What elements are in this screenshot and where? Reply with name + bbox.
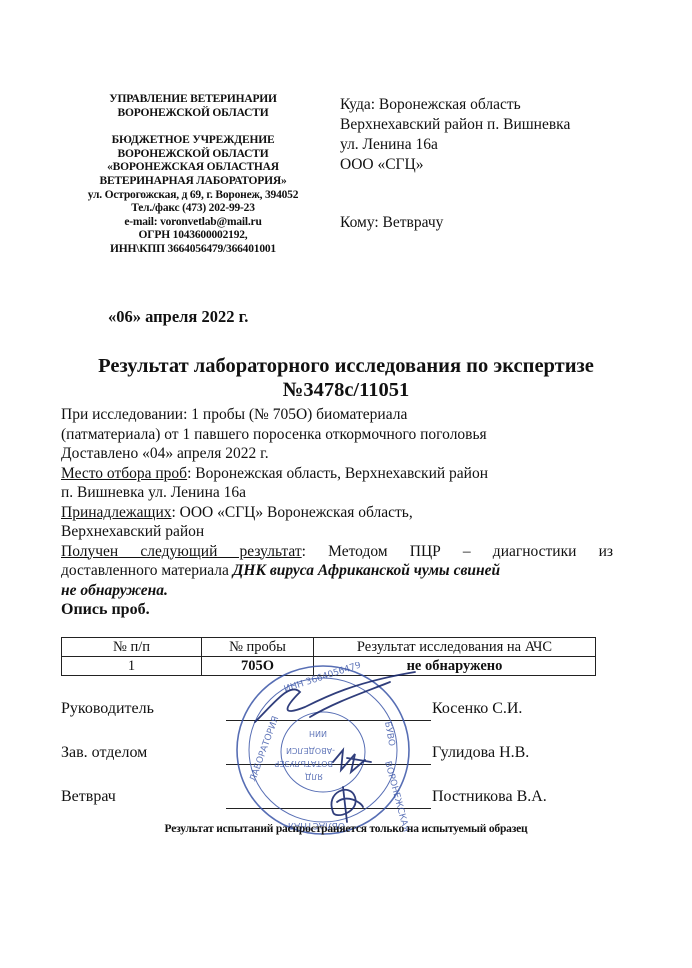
cell-index: 1 <box>62 657 202 676</box>
title-line-1: Результат лабораторного исследования по … <box>20 354 672 378</box>
signature-line <box>226 808 431 809</box>
place-line-2: п. Вишневка ул. Ленина 16а <box>61 483 613 503</box>
result-bold-1: ДНК вируса Африканской чумы свиней <box>233 562 500 579</box>
document-date: «06» апреля 2022 г. <box>108 307 248 327</box>
samples-title: Опись проб. <box>61 600 613 620</box>
owner-line-2: Верхнехавский район <box>61 522 613 542</box>
org-line-4: ВЕТЕРИНАРНАЯ ЛАБОРАТОРИЯ» <box>52 175 334 189</box>
title-line-2: №3478с/11051 <box>20 378 672 402</box>
document-body: При исследовании: 1 пробы (№ 705О) биома… <box>61 405 613 620</box>
cell-result: не обнаружено <box>314 657 596 676</box>
recipient-line-4: ООО «СГЦ» <box>340 155 570 175</box>
signature-line <box>226 720 431 721</box>
header-sample-number: № пробы <box>202 638 314 657</box>
org-line-1: БЮДЖЕТНОЕ УЧРЕЖДЕНИЕ <box>52 134 334 148</box>
result-line-2: доставленного материала ДНК вируса Африк… <box>61 561 613 581</box>
org-line-2: ВОРОНЕЖСКОЙ ОБЛАСТИ <box>52 148 334 162</box>
sender-email: e-mail: voronvetlab@mail.ru <box>52 216 334 230</box>
sender-address: ул. Острогожская, д 69, г. Воронеж, 3940… <box>52 189 334 203</box>
place-label: Место отбора проб <box>61 465 187 482</box>
addressee: Кому: Ветврачу <box>340 213 570 233</box>
footer-note: Результат испытаний распространяется тол… <box>0 823 692 835</box>
signature-name: Косенко С.И. <box>432 700 522 718</box>
owner-value: : ООО «СГЦ» Воронежская область, <box>171 504 412 521</box>
samples-header-row: № п/п № пробы Результат исследования на … <box>62 638 596 657</box>
header-index: № п/п <box>62 638 202 657</box>
place-value: : Воронежская область, Верхнехавский рай… <box>187 465 488 482</box>
sender-ogrn: ОГРН 1043600002192, <box>52 229 334 243</box>
result-line-1: Получен следующий результат: Методом ПЦР… <box>61 542 613 562</box>
owner-line: Принадлежащих: ООО «СГЦ» Воронежская обл… <box>61 503 613 523</box>
table-row: 1 705О не обнаружено <box>62 657 596 676</box>
result-text-2: доставленного материала <box>61 562 233 579</box>
place-line: Место отбора проб: Воронежская область, … <box>61 464 613 484</box>
sender-inn-kpp: ИНН\КПП 3664056479/366401001 <box>52 243 334 257</box>
sender-phone: Тел./факс (473) 202-99-23 <box>52 202 334 216</box>
cell-sample-number: 705О <box>202 657 314 676</box>
recipient-line-1: Куда: Воронежская область <box>340 95 570 115</box>
delivered-line: Доставлено «04» апреля 2022 г. <box>61 444 613 464</box>
study-line-2: (патматериала) от 1 павшего поросенка от… <box>61 425 613 445</box>
signature-row-department: Зав. отделом Гулидова Н.В. <box>61 744 621 768</box>
authority-line-2: ВОРОНЕЖСКОЙ ОБЛАСТИ <box>52 107 334 121</box>
sender-header: УПРАВЛЕНИЕ ВЕТЕРИНАРИИ ВОРОНЕЖСКОЙ ОБЛАС… <box>52 93 334 257</box>
svg-text:ИИН: ИИН <box>309 729 327 738</box>
org-line-3: «ВОРОНЕЖСКАЯ ОБЛАСТНАЯ <box>52 161 334 175</box>
signature-row-head: Руководитель Косенко С.И. <box>61 700 621 724</box>
authority-line-1: УПРАВЛЕНИЕ ВЕТЕРИНАРИИ <box>52 93 334 107</box>
signature-line <box>226 764 431 765</box>
result-text-1: : Методом ПЦР – диагностики из <box>302 543 613 560</box>
result-bold-2: не обнаружена. <box>61 581 613 601</box>
signature-name: Постникова В.А. <box>432 788 547 806</box>
document-title: Результат лабораторного исследования по … <box>20 354 672 402</box>
study-line-1: При исследовании: 1 пробы (№ 705О) биома… <box>61 405 613 425</box>
signature-role: Руководитель <box>61 700 154 718</box>
signature-role: Ветврач <box>61 788 116 806</box>
samples-table: № п/п № пробы Результат исследования на … <box>61 637 596 676</box>
owner-label: Принадлежащих <box>61 504 171 521</box>
signature-role: Зав. отделом <box>61 744 147 762</box>
result-label: Получен следующий результат <box>61 543 302 560</box>
header-result: Результат исследования на АЧС <box>314 638 596 657</box>
recipient-line-3: ул. Ленина 16а <box>340 135 570 155</box>
svg-text:ЯЛД: ЯЛД <box>305 772 323 781</box>
recipient-header: Куда: Воронежская область Верхнехавский … <box>340 95 570 233</box>
recipient-line-2: Верхнехавский район п. Вишневка <box>340 115 570 135</box>
signature-row-vet: Ветврач Постникова В.А. <box>61 788 621 812</box>
signature-name: Гулидова Н.В. <box>432 744 529 762</box>
